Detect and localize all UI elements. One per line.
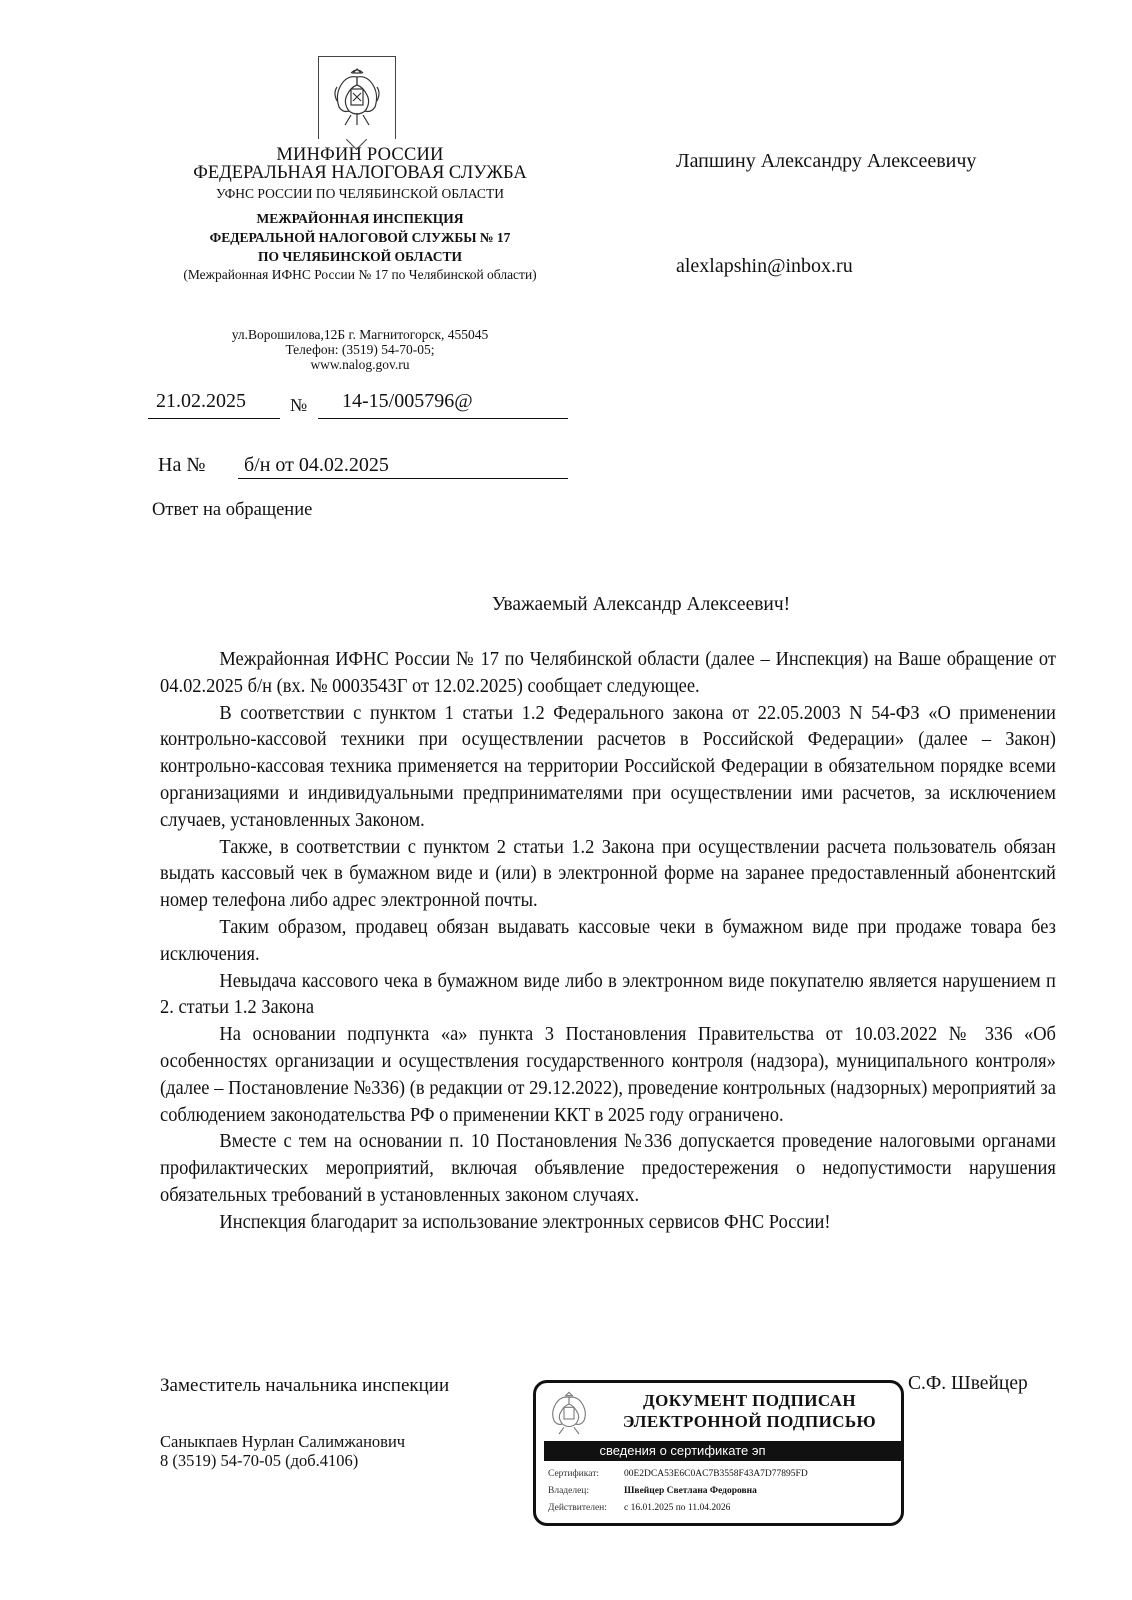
registration-number-field: 14-15/005796@ [318,388,568,419]
body-paragraph: Межрайонная ИФНС России № 17 по Челябинс… [160,646,1056,700]
office-website[interactable]: www.nalog.gov.ru [150,357,570,372]
body-paragraph: В соответствии с пунктом 1 статьи 1.2 Фе… [160,700,1056,834]
reply-to-value: б/н от 04.02.2025 [244,454,389,477]
letter-body-inner: Межрайонная ИФНС России № 17 по Челябинс… [160,646,1056,1236]
certificate-info-bar-label: сведения о сертификате эп [599,1443,765,1458]
executor-name: Саныкпаев Нурлан Салимжанович [160,1432,405,1452]
service-name: ФЕДЕРАЛЬНАЯ НАЛОГОВАЯ СЛУЖБА [150,164,570,182]
greeting-text: Уважаемый Александр Алексеевич! [492,594,790,615]
number-sign: № [290,395,307,416]
russian-coat-of-arms-icon [327,63,387,135]
stamp-title: ДОКУМЕНТ ПОДПИСАН ЭЛЕКТРОННОЙ ПОДПИСЬЮ [602,1390,897,1432]
executor-phone: 8 (3519) 54-70-05 (доб.4106) [160,1451,358,1471]
e-signature-stamp: ДОКУМЕНТ ПОДПИСАН ЭЛЕКТРОННОЙ ПОДПИСЬЮ с… [533,1380,904,1526]
signer-name: С.Ф. Швейцер [908,1373,1028,1395]
body-paragraph: Таким образом, продавец обязан выдавать … [160,914,1056,968]
ministry-name: МИНФИН РОССИИ [150,146,570,164]
body-paragraph: Инспекция благодарит за использование эл… [160,1209,1056,1236]
inspection-short-name: (Межрайонная ИФНС России № 17 по Челябин… [150,266,570,283]
regional-office: УФНС РОССИИ ПО ЧЕЛЯБИНСКОЙ ОБЛАСТИ [150,186,570,202]
owner-row: Владелец:Швейцер Светлана Федоровна [548,1486,757,1496]
registration-date-field: 21.02.2025 [148,388,280,419]
letter-body: Межрайонная ИФНС России № 17 по Челябинс… [160,646,1056,1236]
reply-to-label: На № [158,454,205,477]
validity-row: Действителен:с 16.01.2025 по 11.04.2026 [548,1503,730,1513]
signer-position: Заместитель начальника инспекции [160,1375,449,1397]
body-paragraph: Невыдача кассового чека в бумажном виде … [160,968,1056,1022]
reply-to-field: б/н от 04.02.2025 [238,450,568,479]
certificate-info-bar: сведения о сертификате эп [544,1441,901,1461]
owner-value: Швейцер Светлана Федоровна [624,1486,757,1496]
recipient-email[interactable]: alexlapshin@inbox.ru [676,255,853,278]
inspection-name-line2: ФЕДЕРАЛЬНОЙ НАЛОГОВОЙ СЛУЖБЫ № 17 [150,229,570,246]
certificate-row: Сертификат:00E2DCA53E6C0AC7B3558F43A7D77… [548,1469,808,1479]
registration-date: 21.02.2025 [156,390,246,413]
body-paragraph: На основании подпункта «а» пункта 3 Пост… [160,1021,1056,1128]
office-address: ул.Ворошилова,12Б г. Магнитогорск, 45504… [150,327,570,342]
russian-coat-of-arms-icon [544,1389,594,1439]
stamp-title-line1: ДОКУМЕНТ ПОДПИСАН [602,1390,897,1411]
validity-value: с 16.01.2025 по 11.04.2026 [624,1503,730,1513]
emblem-frame [318,56,396,139]
greeting: Уважаемый Александр Алексеевич! [0,594,1132,616]
validity-label: Действителен: [548,1503,624,1513]
stamp-title-line2: ЭЛЕКТРОННОЙ ПОДПИСЬЮ [602,1411,897,1432]
owner-label: Владелец: [548,1486,624,1496]
registration-number: 14-15/005796@ [342,390,473,413]
letter-subject: Ответ на обращение [152,500,312,521]
certificate-value: 00E2DCA53E6C0AC7B3558F43A7D77895FD [624,1469,808,1479]
body-paragraph: Также, в соответствии с пунктом 2 статьи… [160,834,1056,914]
inspection-name-line1: МЕЖРАЙОННАЯ ИНСПЕКЦИЯ [150,210,570,227]
office-phone: Телефон: (3519) 54-70-05; [150,342,570,357]
body-paragraph: Вместе с тем на основании п. 10 Постанов… [160,1128,1056,1208]
inspection-name-line3: ПО ЧЕЛЯБИНСКОЙ ОБЛАСТИ [150,248,570,265]
recipient-name: Лапшину Александру Алексеевичу [676,150,976,173]
certificate-label: Сертификат: [548,1469,624,1479]
